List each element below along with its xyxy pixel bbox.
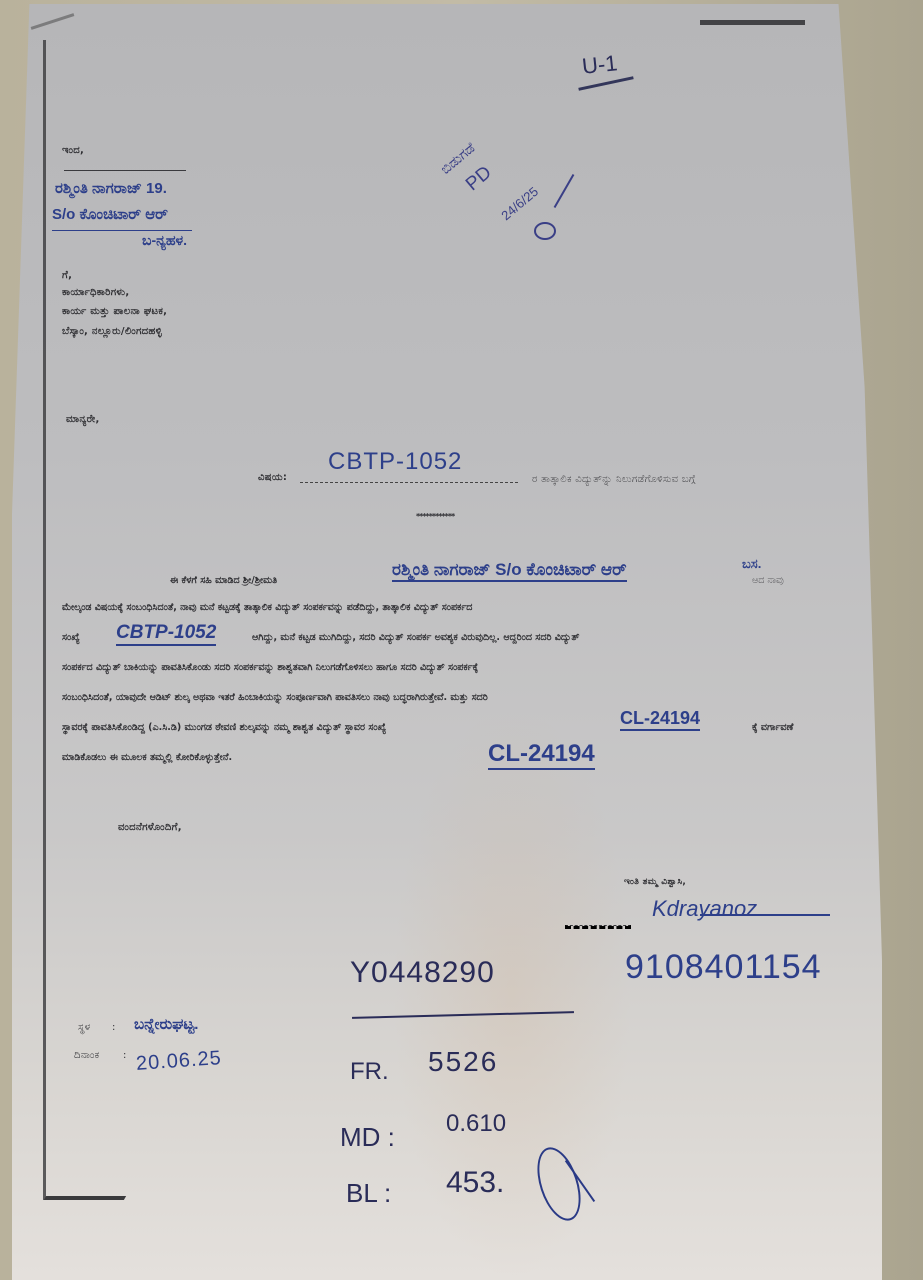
- sender-relation: S/o ಕೊಂಚಿಟಾರ್ ಆರ್: [52, 206, 168, 223]
- temporary-connection-number: CBTP-1052: [116, 622, 216, 646]
- place-label: ಸ್ಥಳ: [78, 1022, 90, 1033]
- page-mark: U-1: [581, 50, 619, 80]
- permanent-connection-number: CL-24194: [620, 708, 700, 731]
- signature: Kdrayanoz: [652, 896, 757, 922]
- from-label: ಇಂದ,: [62, 145, 84, 156]
- body-line6-prefix: ಸ್ಥಾವರಕ್ಕೆ ಪಾವತಿಸಿಕೊಂಡಿದ್ದ (ಎ.ಸಿ.ಡಿ) ಮುಂ…: [62, 722, 386, 733]
- signature-line: [565, 925, 631, 929]
- page-border-left: [43, 40, 46, 1200]
- salutation: ಮಾನ್ಯರೇ,: [66, 414, 100, 425]
- body-line3-prefix: ಸಂಖ್ಯೆ: [62, 632, 80, 643]
- place-value: ಬನ್ನೇರುಘಟ್ಟ.: [134, 1016, 198, 1033]
- subject-connection-number: CBTP-1052: [328, 448, 462, 476]
- body-line7: ಮಾಡಿಕೊಡಲು ಈ ಮೂಲಕ ತಮ್ಮಲ್ಲಿ ಕೋರಿಕೊಳ್ಳುತ್ತೇ…: [62, 752, 232, 763]
- initial-mark: [534, 222, 556, 240]
- fr-label: FR.: [350, 1058, 389, 1086]
- separator: ************: [416, 512, 454, 521]
- body-line4: ಸಂಪರ್ಕದ ವಿದ್ಯುತ್ ಬಾಕಿಯನ್ನು ಪಾವತಿಸಿಕೊಂಡು …: [62, 662, 478, 673]
- body-line3-suffix: ಆಗಿದ್ದು, ಮನೆ ಕಟ್ಟಡ ಮುಗಿದಿದ್ದು, ಸದರಿ ವಿದ್…: [252, 632, 580, 643]
- date-label: ದಿನಾಂಕ: [74, 1050, 99, 1061]
- closing: ವಂದನೆಗಳೊಂದಿಗೆ,: [118, 822, 182, 833]
- subject-label: ವಿಷಯ:: [258, 472, 287, 483]
- subject-fill-line: [300, 482, 518, 483]
- sender-name: ರಶ್ಮಿಂತಿ ನಾಗರಾಜ್ 19.: [55, 180, 167, 197]
- frame-mark: [700, 20, 805, 25]
- date-colon: :: [123, 1050, 127, 1061]
- body-line5: ಸಂಬಂಧಿಸಿದಂತೆ, ಯಾವುದೇ ಆಡಿಟ್ ಶುಲ್ಕ ಅಥವಾ ಇತ…: [62, 692, 488, 703]
- permanent-connection-number-repeat: CL-24194: [488, 740, 595, 770]
- md-label: MD :: [340, 1122, 395, 1153]
- fr-value: 5526: [428, 1046, 498, 1078]
- account-id: Y0448290: [350, 956, 495, 990]
- body-line2: ಮೇಲ್ಕಂಡ ವಿಷಯಕ್ಕೆ ಸಂಬಂಧಿಸಿದಂತೆ, ನಾವು ಮನೆ …: [62, 602, 472, 613]
- sign-off: ಇಂತಿ ತಮ್ಮ ವಿಶ್ವಾಸಿ,: [624, 877, 686, 887]
- recipient-line3: ಬೆಸ್ಕಾಂ, ನಲ್ಲೂರು/ಲಿಂಗದಹಳ್ಳಿ: [62, 326, 162, 337]
- sender-underline: [52, 230, 192, 231]
- body-line6-suffix: ಕ್ಕೆ ವರ್ಗಾವಣೆ: [752, 722, 793, 733]
- recipient-line2: ಕಾರ್ಯ ಮತ್ತು ಪಾಲನಾ ಘಟಕ,: [62, 306, 167, 317]
- place-colon: :: [112, 1022, 116, 1033]
- bl-label: BL :: [346, 1178, 391, 1209]
- recipient-line1: ಕಾರ್ಯಾಧಿಕಾರಿಗಳು,: [62, 287, 129, 298]
- sender-place: ಬ-ನ್ಯಹಳ.: [142, 232, 187, 249]
- md-value: 0.610: [446, 1110, 506, 1138]
- body-line1-suffix: ಆದ ನಾವು: [752, 575, 784, 586]
- body-line1-suffix-hand: ಬಸ.: [742, 556, 761, 572]
- page-border-bottom: [44, 1196, 126, 1200]
- body-line1-prefix: ಈ ಕೆಳಗೆ ಸಹಿ ಮಾಡಿದ ಶ್ರೀ/ಶ್ರೀಮತಿ: [170, 575, 277, 586]
- from-rule: [64, 170, 186, 171]
- to-label: ಗೆ,: [62, 270, 72, 281]
- bl-value: 453.: [446, 1166, 504, 1200]
- applicant-name: ರಶ್ಮಿಂತಿ ನಾಗರಾಜ್ S/o ಕೊಂಚಿಟಾರ್ ಆರ್: [392, 560, 627, 582]
- phone-number: 9108401154: [625, 948, 822, 987]
- subject-text: ರ ತಾತ್ಕಾಲಿಕ ವಿದ್ಯುತ್‌ನ್ನು ನಿಲುಗಡೆಗೊಳಿಸುವ…: [532, 474, 696, 485]
- signature-stroke: [700, 914, 830, 916]
